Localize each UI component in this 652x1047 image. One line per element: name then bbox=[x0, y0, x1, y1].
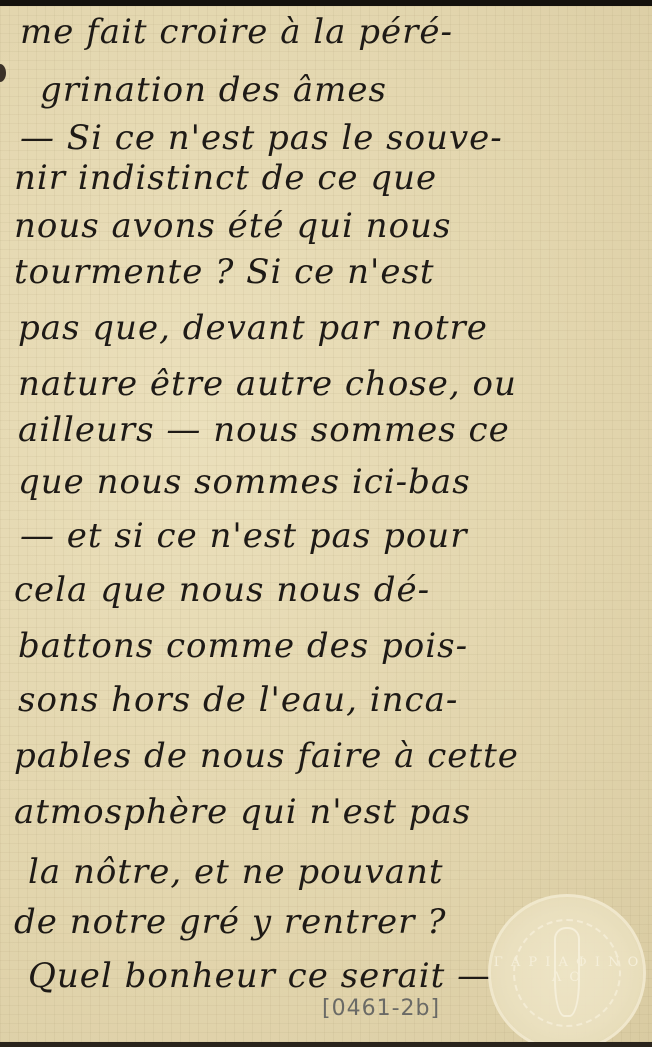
archive-seal-stamp: Γ Α Ρ Ι Α Φ Ι Ν Ο Λ Ο bbox=[488, 894, 646, 1042]
handwritten-line-19: Quel bonheur ce serait — bbox=[28, 956, 492, 996]
seal-letters: Γ Α Ρ Ι Α Φ Ι Ν Ο Λ Ο bbox=[491, 955, 643, 985]
handwritten-line-13: battons comme des pois- bbox=[18, 626, 468, 666]
handwritten-line-7: pas que, devant par notre bbox=[18, 308, 488, 348]
handwritten-line-5: nous avons été qui nous bbox=[14, 206, 451, 246]
handwritten-line-15: pables de nous faire à cette bbox=[14, 736, 519, 776]
handwritten-line-9: ailleurs — nous sommes ce bbox=[18, 410, 510, 450]
handwritten-line-16: atmosphère qui n'est pas bbox=[14, 792, 471, 832]
handwritten-line-17: la nôtre, et ne pouvant bbox=[28, 852, 444, 892]
handwritten-line-10: que nous sommes ici-bas bbox=[18, 462, 471, 502]
handwritten-line-6: tourmente ? Si ce n'est bbox=[14, 252, 435, 292]
handwritten-line-11: — et si ce n'est pas pour bbox=[20, 516, 467, 556]
handwritten-line-3: — Si ce n'est pas le souve- bbox=[20, 118, 503, 158]
handwritten-line-12: cela que nous nous dé- bbox=[14, 570, 430, 610]
handwritten-line-18: de notre gré y rentrer ? bbox=[14, 902, 446, 942]
letter-page: me fait croire à la péré- grination des … bbox=[0, 6, 652, 1042]
handwritten-line-4: nir indistinct de ce que bbox=[14, 158, 437, 198]
handwritten-line-1: me fait croire à la péré- bbox=[20, 12, 453, 52]
archive-reference: [0461-2b] bbox=[322, 996, 440, 1021]
handwritten-line-8: nature être autre chose, ou bbox=[18, 364, 517, 404]
handwritten-line-2: grination des âmes bbox=[40, 70, 387, 110]
handwritten-line-14: sons hors de l'eau, inca- bbox=[18, 680, 458, 720]
punch-hole bbox=[0, 64, 6, 82]
scan-bottom-border bbox=[0, 1042, 652, 1047]
